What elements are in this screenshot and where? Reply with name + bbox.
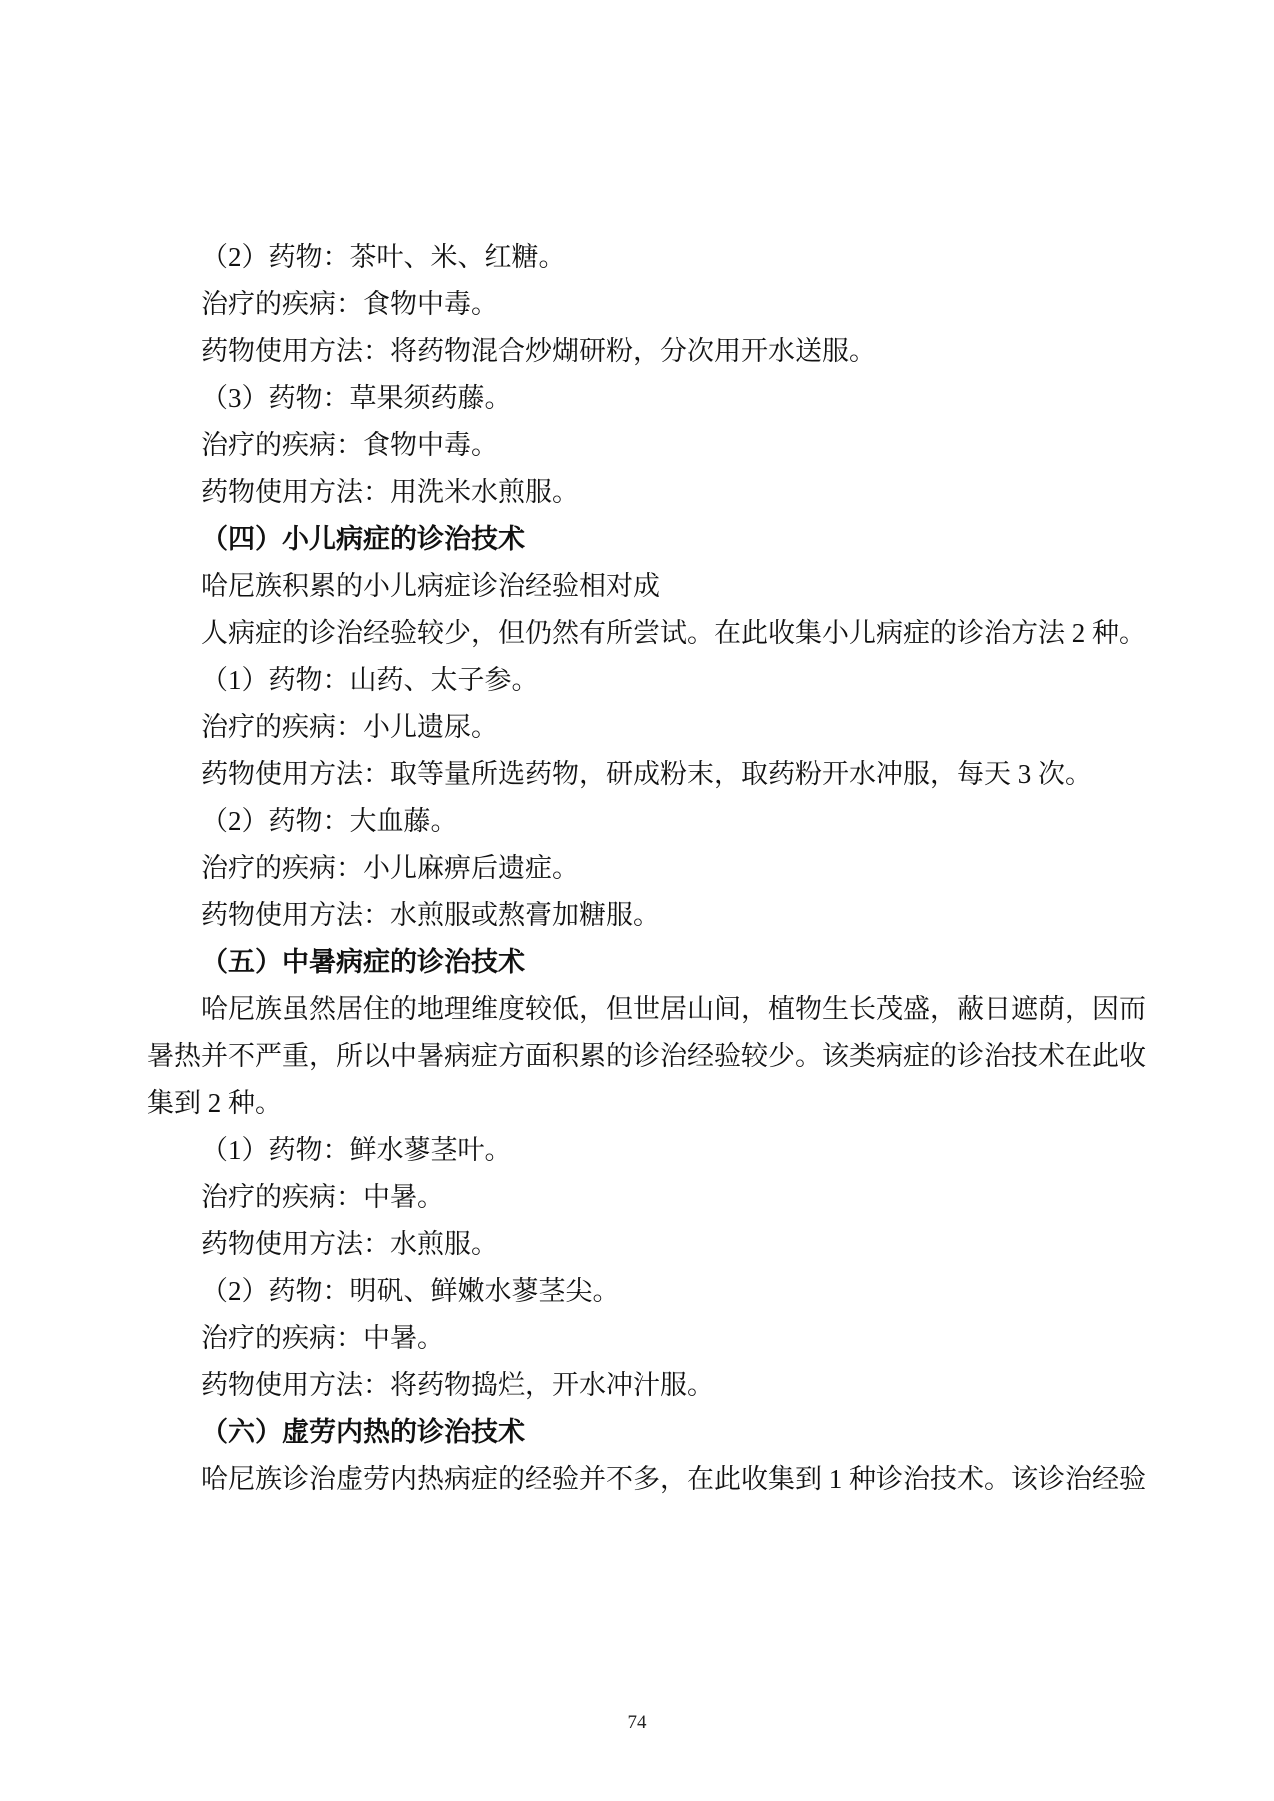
text-line: 人病症的诊治经验较少，但仍然有所尝试。在此收集小儿病症的诊治方法 2 种。 xyxy=(147,610,1151,657)
text-line: （1）药物：山药、太子参。 xyxy=(147,657,1151,704)
text-line: 哈尼族诊治虚劳内热病症的经验并不多，在此收集到 1 种诊治技术。该诊治经验 xyxy=(147,1456,1151,1503)
text-line: 哈尼族虽然居住的地理维度较低，但世居山间，植物生长茂盛，蔽日遮荫，因而 xyxy=(147,986,1151,1033)
text-line: 治疗的疾病：食物中毒。 xyxy=(147,281,1151,328)
text-line: 药物使用方法：用洗米水煎服。 xyxy=(147,469,1151,516)
document-page: （2）药物：茶叶、米、红糖。治疗的疾病：食物中毒。药物使用方法：将药物混合炒煳研… xyxy=(0,0,1274,1801)
section-heading: （五）中暑病症的诊治技术 xyxy=(147,939,1151,986)
text-line: 治疗的疾病：中暑。 xyxy=(147,1174,1151,1221)
text-line: 药物使用方法：将药物捣烂，开水冲汁服。 xyxy=(147,1362,1151,1409)
text-line: 药物使用方法：取等量所选药物，研成粉末，取药粉开水冲服，每天 3 次。 xyxy=(147,751,1151,798)
text-line: 治疗的疾病：中暑。 xyxy=(147,1315,1151,1362)
section-heading: （四）小儿病症的诊治技术 xyxy=(147,516,1151,563)
text-line: （1）药物：鲜水蓼茎叶。 xyxy=(147,1127,1151,1174)
text-line: 治疗的疾病：小儿遗尿。 xyxy=(147,704,1151,751)
text-line: 药物使用方法：水煎服。 xyxy=(147,1221,1151,1268)
text-line: 治疗的疾病：食物中毒。 xyxy=(147,422,1151,469)
text-line: 暑热并不严重，所以中暑病症方面积累的诊治经验较少。该类病症的诊治技术在此收 xyxy=(147,1033,1151,1080)
document-body: （2）药物：茶叶、米、红糖。治疗的疾病：食物中毒。药物使用方法：将药物混合炒煳研… xyxy=(147,234,1151,1503)
text-line: 药物使用方法：将药物混合炒煳研粉，分次用开水送服。 xyxy=(147,328,1151,375)
text-line: 治疗的疾病：小儿麻痹后遗症。 xyxy=(147,845,1151,892)
text-line: （2）药物：茶叶、米、红糖。 xyxy=(147,234,1151,281)
text-line: （2）药物：大血藤。 xyxy=(147,798,1151,845)
text-line: 药物使用方法：水煎服或熬膏加糖服。 xyxy=(147,892,1151,939)
page-number: 74 xyxy=(0,1712,1274,1734)
text-line: （2）药物：明矾、鲜嫩水蓼茎尖。 xyxy=(147,1268,1151,1315)
text-line: 集到 2 种。 xyxy=(147,1080,1151,1127)
text-line: 哈尼族积累的小儿病症诊治经验相对成 xyxy=(147,563,1151,610)
section-heading: （六）虚劳内热的诊治技术 xyxy=(147,1409,1151,1456)
text-line: （3）药物：草果须药藤。 xyxy=(147,375,1151,422)
